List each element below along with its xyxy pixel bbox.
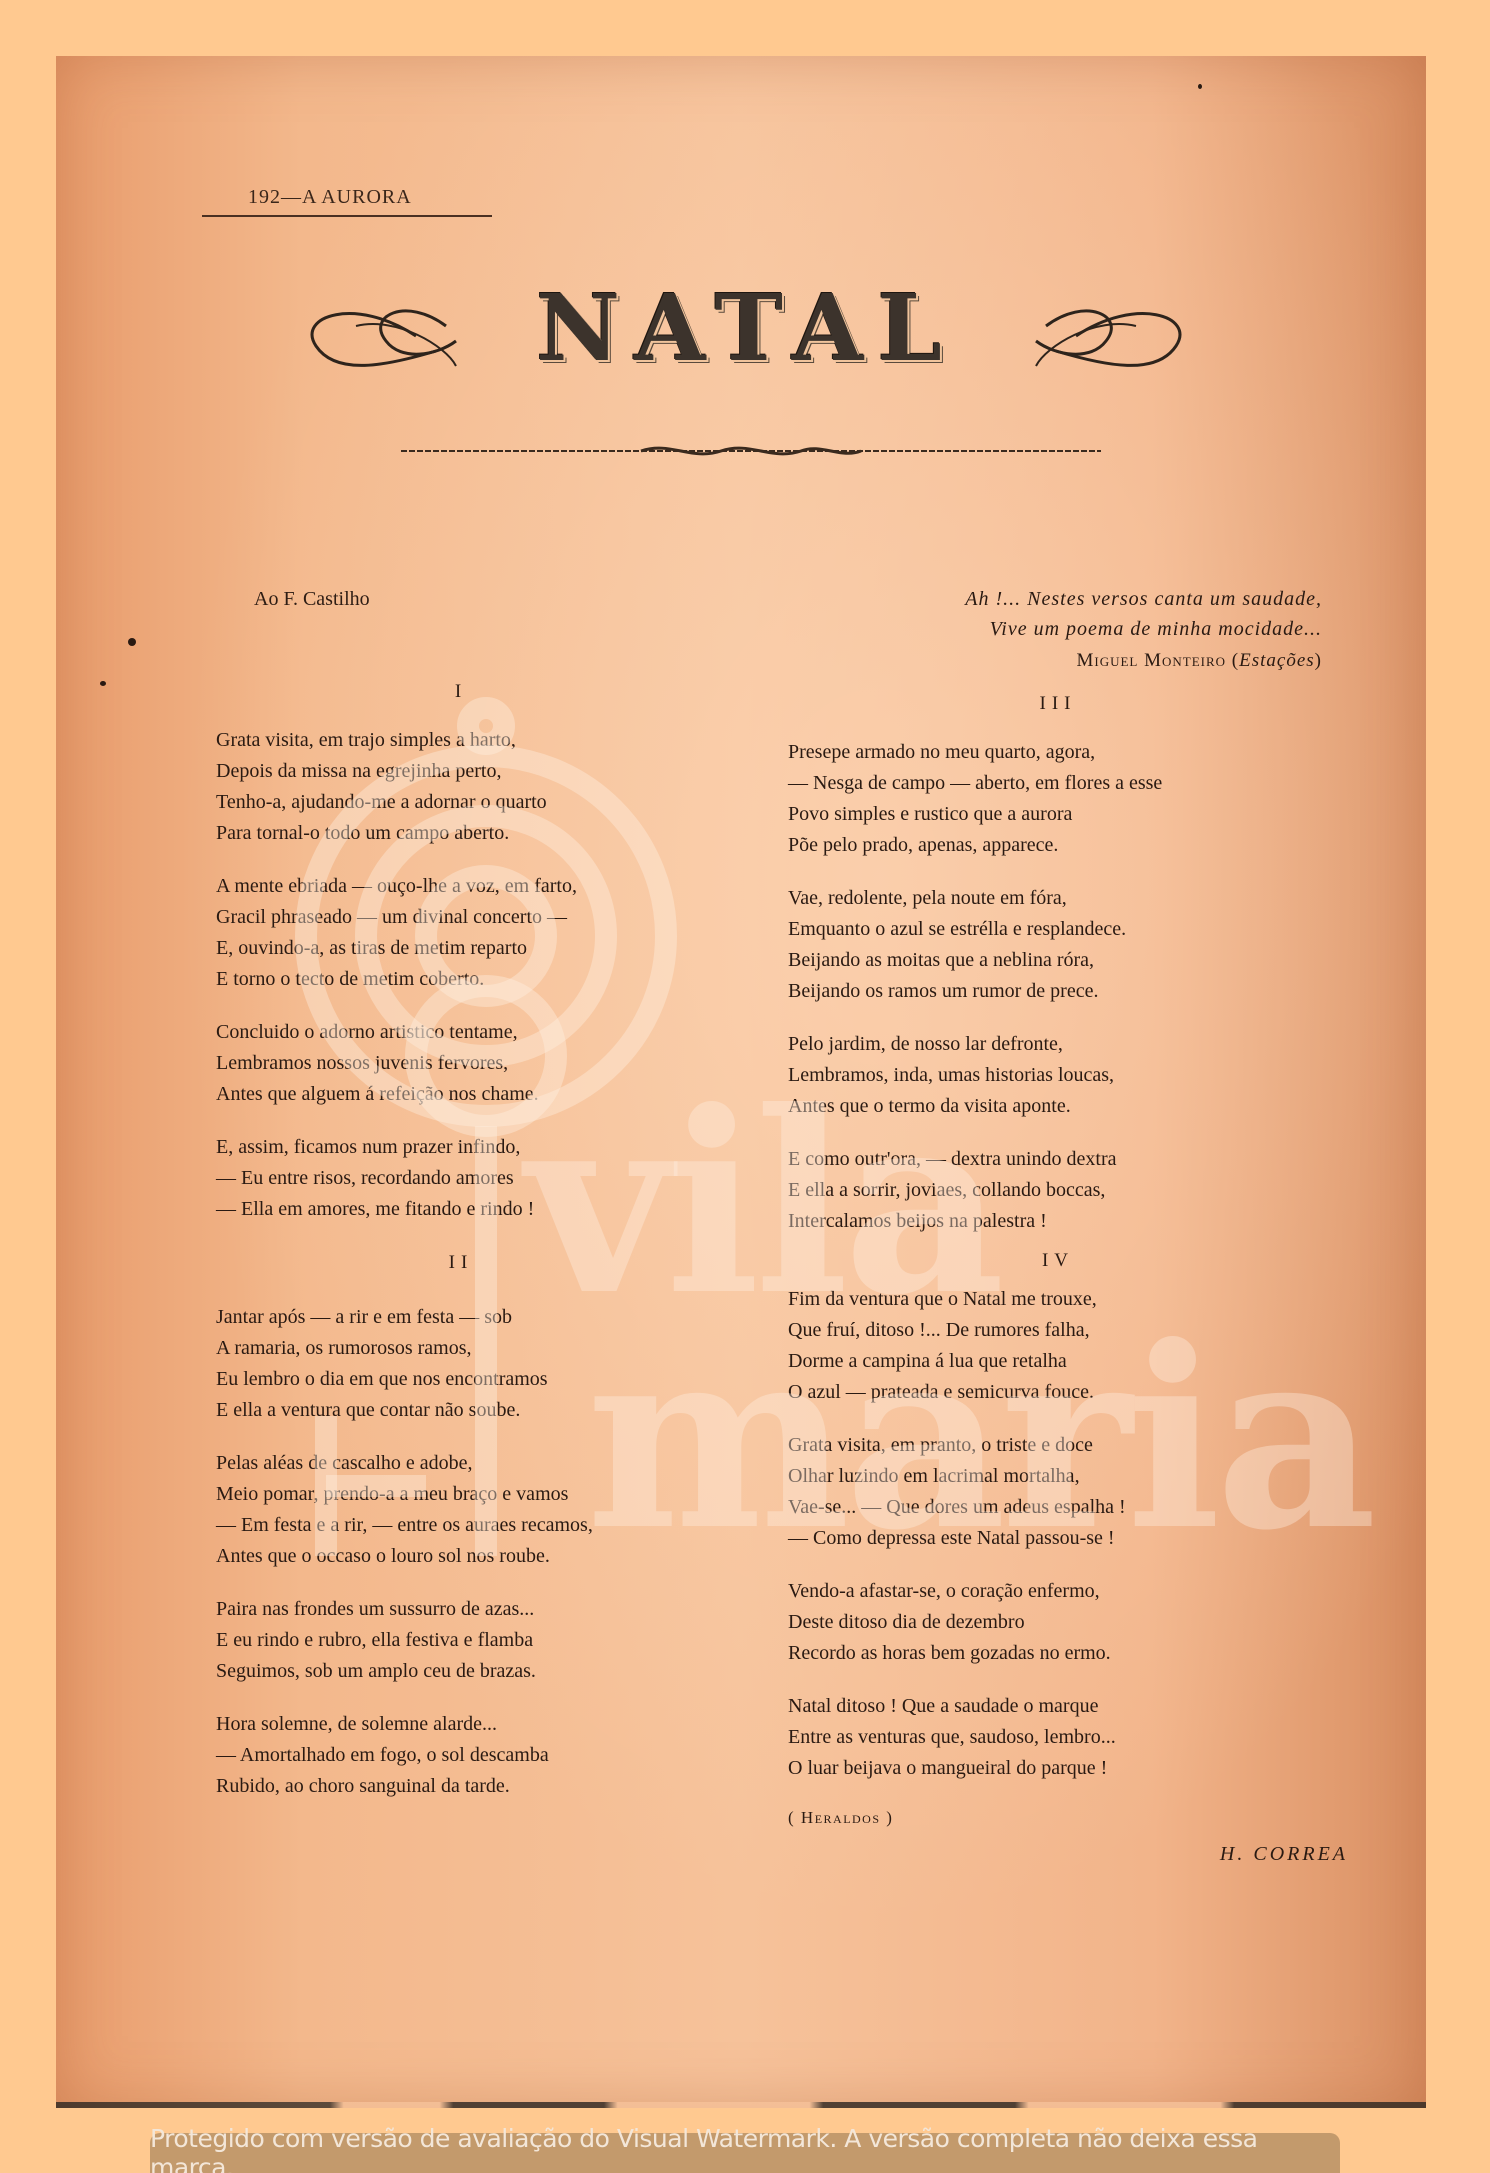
verse-line: Presepe armado no meu quarto, agora,	[788, 737, 1368, 768]
verse-line: Antes que o occaso o louro sol nos roube…	[216, 1541, 776, 1572]
stanza: Hora solemne, de solemne alarde...— Amor…	[216, 1709, 776, 1802]
verse-line: Tenho-a, ajudando-me a adornar o quarto	[216, 787, 776, 818]
verse-line: Põe pelo prado, apenas, apparece.	[788, 830, 1368, 861]
trial-watermark-notice: Protegido com versão de avaliação do Vis…	[150, 2133, 1340, 2173]
verse-line: Jantar após — a rir e em festa — sob	[216, 1302, 776, 1333]
epigraph-line: Ah !... Nestes versos canta um saudade,	[965, 584, 1322, 614]
verse-line: Dorme a campina á lua que retalha	[788, 1346, 1368, 1377]
verse-line: Vae, redolente, pela noute em fóra,	[788, 883, 1368, 914]
stanza: Concluido o adorno artistico tentame,Lem…	[216, 1017, 776, 1110]
epigraph-work: Estações	[1239, 650, 1315, 671]
section-number: I	[216, 676, 776, 707]
scanned-page: 192—A AURORA NATAL Ao F. Castilho Ah !..…	[56, 56, 1426, 2108]
epigraph-attribution: Miguel Monteiro (Estações)	[965, 650, 1322, 672]
stanza: Grata visita, em pranto, o triste e doce…	[788, 1430, 1368, 1554]
verse-line: Entre as venturas que, saudoso, lembro..…	[788, 1722, 1368, 1753]
verse-line: O azul — prateada e semicurva fouce.	[788, 1377, 1368, 1408]
verse-line: Hora solemne, de solemne alarde...	[216, 1709, 776, 1740]
stanza: Pelas aléas de cascalho e adobe,Meio pom…	[216, 1448, 776, 1572]
verse-line: Emquanto o azul se estrélla e resplandec…	[788, 914, 1368, 945]
epigraph: Ah !... Nestes versos canta um saudade, …	[965, 584, 1322, 672]
verse-line: Povo simples e rustico que a aurora	[788, 799, 1368, 830]
epigraph-author: Miguel Monteiro	[1076, 650, 1226, 671]
verse-line: Natal ditoso ! Que a saudade o marque	[788, 1691, 1368, 1722]
stanza: E como outr'ora, — dextra unindo dextraE…	[788, 1144, 1368, 1237]
ink-speck	[1198, 84, 1202, 89]
dedication: Ao F. Castilho	[254, 588, 370, 611]
stanza: Presepe armado no meu quarto, agora,— Ne…	[788, 737, 1368, 861]
stanza: Grata visita, em trajo simples a harto,D…	[216, 725, 776, 849]
verse-line: — Ella em amores, me fitando e rindo !	[216, 1194, 776, 1225]
verse-line: Concluido o adorno artistico tentame,	[216, 1017, 776, 1048]
verse-line: E eu rindo e rubro, ella festiva e flamb…	[216, 1625, 776, 1656]
verse-line: Beijando os ramos um rumor de prece.	[788, 976, 1368, 1007]
verse-line: Intercalamos beijos na palestra !	[788, 1206, 1368, 1237]
verse-line: Gracil phraseado — um divinal concerto —	[216, 902, 776, 933]
ink-speck	[128, 638, 136, 646]
verse-line: O luar beijava o mangueiral do parque !	[788, 1753, 1368, 1784]
section-number: II	[216, 1247, 776, 1278]
verse-line: Lembramos nossos juvenis fervores,	[216, 1048, 776, 1079]
verse-line: Depois da missa na egrejinha perto,	[216, 756, 776, 787]
verse-line: Paira nas frondes um sussurro de azas...	[216, 1594, 776, 1625]
section-number: IV	[788, 1245, 1368, 1276]
verse-line: Deste ditoso dia de dezembro	[788, 1607, 1368, 1638]
verse-line: Antes que alguem á refeição nos chame.	[216, 1079, 776, 1110]
verse-line: E ella a ventura que contar não soube.	[216, 1395, 776, 1426]
verse-line: Olhar luzindo em lacrimal mortalha,	[788, 1461, 1368, 1492]
verse-line: Pelo jardim, de nosso lar defronte,	[788, 1029, 1368, 1060]
verse-line: — Como depressa este Natal passou-se !	[788, 1523, 1368, 1554]
page-number-and-journal: 192—A AURORA	[202, 186, 502, 209]
verse-line: — Em festa e a rir, — entre os auraes re…	[216, 1510, 776, 1541]
torn-page-edge	[56, 2102, 1426, 2108]
stanza: Jantar após — a rir e em festa — sobA ra…	[216, 1302, 776, 1426]
stanza: Pelo jardim, de nosso lar defronte,Lembr…	[788, 1029, 1368, 1122]
verse-line: A mente ebriada — ouço-lhe a voz, em far…	[216, 871, 776, 902]
stanza: A mente ebriada — ouço-lhe a voz, em far…	[216, 871, 776, 995]
verse-line: Pelas aléas de cascalho e adobe,	[216, 1448, 776, 1479]
ink-speck	[100, 681, 106, 686]
verse-line: Grata visita, em pranto, o triste e doce	[788, 1430, 1368, 1461]
author-signature: H. CORREA	[788, 1839, 1368, 1870]
verse-line: Grata visita, em trajo simples a harto,	[216, 725, 776, 756]
running-head: 192—A AURORA	[202, 186, 502, 217]
stanza: Vae, redolente, pela noute em fóra,Emqua…	[788, 883, 1368, 1007]
title-block: NATAL	[296, 256, 1196, 406]
stanza: E, assim, ficamos num prazer infindo,— E…	[216, 1132, 776, 1225]
verse-line: — Nesga de campo — aberto, em flores a e…	[788, 768, 1368, 799]
verse-line: A ramaria, os rumorosos ramos,	[216, 1333, 776, 1364]
ornamental-divider-icon	[401, 441, 1101, 461]
verse-line: Para tornal-o todo um campo aberto.	[216, 818, 776, 849]
verse-line: Que fruí, ditoso !... De rumores falha,	[788, 1315, 1368, 1346]
verse-line: — Amortalhado em fogo, o sol descamba	[216, 1740, 776, 1771]
verse-line: — Eu entre risos, recordando amores	[216, 1163, 776, 1194]
source-note: ( Heraldos )	[788, 1802, 1368, 1833]
verse-line: Beijando as moitas que a neblina róra,	[788, 945, 1368, 976]
page-title: NATAL	[296, 274, 1196, 382]
stanza: Paira nas frondes um sussurro de azas...…	[216, 1594, 776, 1687]
stanza: Vendo-a afastar-se, o coração enfermo,De…	[788, 1576, 1368, 1669]
verse-line: Meio pomar, prendo-a a meu braço e vamos	[216, 1479, 776, 1510]
poem-left-column: IGrata visita, em trajo simples a harto,…	[216, 676, 776, 1824]
verse-line: E, ouvindo-a, as tiras de metim reparto	[216, 933, 776, 964]
verse-line: Rubido, ao choro sanguinal da tarde.	[216, 1771, 776, 1802]
verse-line: Fim da ventura que o Natal me trouxe,	[788, 1284, 1368, 1315]
verse-line: Eu lembro o dia em que nos encontramos	[216, 1364, 776, 1395]
section-number: III	[788, 688, 1368, 719]
poem-right-column: IIIPresepe armado no meu quarto, agora,—…	[788, 688, 1368, 1870]
epigraph-line: Vive um poema de minha mocidade...	[965, 614, 1322, 644]
verse-line: Recordo as horas bem gozadas no ermo.	[788, 1638, 1368, 1669]
verse-line: E ella a sorrir, joviaes, collando bocca…	[788, 1175, 1368, 1206]
header-rule	[202, 215, 492, 217]
verse-line: E como outr'ora, — dextra unindo dextra	[788, 1144, 1368, 1175]
stanza: Natal ditoso ! Que a saudade o marqueEnt…	[788, 1691, 1368, 1784]
verse-line: Lembramos, inda, umas historias loucas,	[788, 1060, 1368, 1091]
verse-line: Antes que o termo da visita aponte.	[788, 1091, 1368, 1122]
verse-line: E, assim, ficamos num prazer infindo,	[216, 1132, 776, 1163]
verse-line: Vendo-a afastar-se, o coração enfermo,	[788, 1576, 1368, 1607]
stanza: Fim da ventura que o Natal me trouxe,Que…	[788, 1284, 1368, 1408]
verse-line: Vae-se... — Que dores um adeus espalha !	[788, 1492, 1368, 1523]
verse-line: Seguimos, sob um amplo ceu de brazas.	[216, 1656, 776, 1687]
verse-line: E torno o tecto de metim coberto.	[216, 964, 776, 995]
